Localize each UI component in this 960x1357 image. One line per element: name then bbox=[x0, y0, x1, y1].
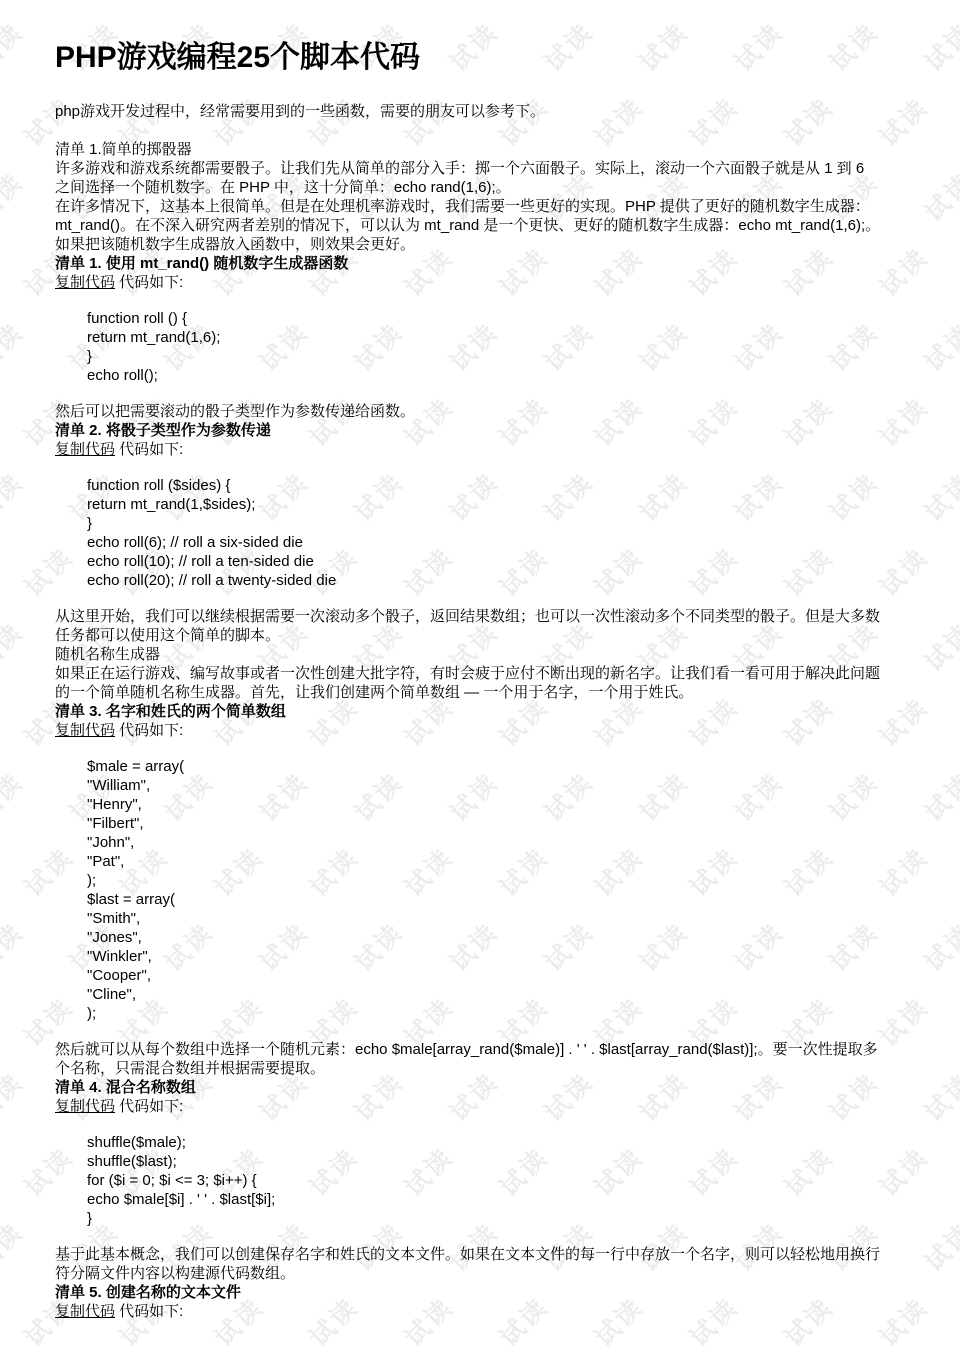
code-line: echo roll(); bbox=[87, 366, 905, 385]
listing-heading: 清单 5. 创建名称的文本文件 bbox=[55, 1283, 905, 1302]
article-body: php游戏开发过程中，经常需要用到的一些函数，需要的朋友可以参考下。清单 1.简… bbox=[55, 102, 905, 1321]
code-line: function roll () { bbox=[87, 309, 905, 328]
paragraph-line: 之间选择一个随机数字。在 PHP 中，这十分简单：echo rand(1,6);… bbox=[55, 178, 905, 197]
paragraph-line: 然后就可以从每个数组中选择一个随机元素：echo $male[array_ran… bbox=[55, 1040, 905, 1059]
code-line: shuffle($male); bbox=[87, 1133, 905, 1152]
copy-code-line: 复制代码 代码如下: bbox=[55, 440, 905, 459]
copy-code-line: 复制代码 代码如下: bbox=[55, 1302, 905, 1321]
code-block: function roll ($sides) {return mt_rand(1… bbox=[55, 476, 905, 590]
copy-code-caption: 代码如下: bbox=[115, 274, 183, 291]
paragraph-line: 任务都可以使用这个简单的脚本。 bbox=[55, 626, 905, 645]
listing-heading: 清单 3. 名字和姓氏的两个简单数组 bbox=[55, 702, 905, 721]
code-line: "John", bbox=[87, 833, 905, 852]
copy-code-line: 复制代码 代码如下: bbox=[55, 273, 905, 292]
code-line: } bbox=[87, 1209, 905, 1228]
code-line: "Cooper", bbox=[87, 966, 905, 985]
paragraph-line: 在许多情况下，这基本上很简单。但是在处理机率游戏时，我们需要一些更好的实现。PH… bbox=[55, 197, 905, 216]
listing-heading: 清单 4. 混合名称数组 bbox=[55, 1078, 905, 1097]
article-content: PHP游戏编程25个脚本代码 php游戏开发过程中，经常需要用到的一些函数，需要… bbox=[0, 0, 960, 1321]
paragraph-line: 随机名称生成器 bbox=[55, 645, 905, 664]
code-line: "Henry", bbox=[87, 795, 905, 814]
code-line: echo roll(6); // roll a six-sided die bbox=[87, 533, 905, 552]
paragraph: 从这里开始，我们可以继续根据需要一次滚动多个骰子，返回结果数组；也可以一次性滚动… bbox=[55, 607, 905, 740]
paragraph: 然后可以把需要滚动的骰子类型作为参数传递给函数。清单 2. 将骰子类型作为参数传… bbox=[55, 402, 905, 459]
copy-code-caption: 代码如下: bbox=[115, 1098, 183, 1115]
code-line: return mt_rand(1,$sides); bbox=[87, 495, 905, 514]
code-line: $last = array( bbox=[87, 890, 905, 909]
paragraph-line: 基于此基本概念，我们可以创建保存名字和姓氏的文本文件。如果在文本文件的每一行中存… bbox=[55, 1245, 905, 1264]
code-line: "Jones", bbox=[87, 928, 905, 947]
code-line: "Filbert", bbox=[87, 814, 905, 833]
code-line: return mt_rand(1,6); bbox=[87, 328, 905, 347]
copy-code-link[interactable]: 复制代码 bbox=[55, 441, 115, 458]
paragraph-line: 许多游戏和游戏系统都需要骰子。让我们先从简单的部分入手：掷一个六面骰子。实际上，… bbox=[55, 159, 905, 178]
code-line: function roll ($sides) { bbox=[87, 476, 905, 495]
code-line: "Cline", bbox=[87, 985, 905, 1004]
paragraph: 然后就可以从每个数组中选择一个随机元素：echo $male[array_ran… bbox=[55, 1040, 905, 1116]
code-line: ); bbox=[87, 871, 905, 890]
code-block: $male = array("William","Henry","Filbert… bbox=[55, 757, 905, 1023]
code-line: echo roll(20); // roll a twenty-sided di… bbox=[87, 571, 905, 590]
listing-heading: 清单 1. 使用 mt_rand() 随机数字生成器函数 bbox=[55, 254, 905, 273]
copy-code-link[interactable]: 复制代码 bbox=[55, 1098, 115, 1115]
copy-code-caption: 代码如下: bbox=[115, 441, 183, 458]
code-line: } bbox=[87, 514, 905, 533]
code-line: } bbox=[87, 347, 905, 366]
paragraph-line: 如果正在运行游戏、编写故事或者一次性创建大批字符，有时会疲于应付不断出现的新名字… bbox=[55, 664, 905, 683]
copy-code-caption: 代码如下: bbox=[115, 1303, 183, 1320]
paragraph: 基于此基本概念，我们可以创建保存名字和姓氏的文本文件。如果在文本文件的每一行中存… bbox=[55, 1245, 905, 1321]
paragraph-line: 然后可以把需要滚动的骰子类型作为参数传递给函数。 bbox=[55, 402, 905, 421]
code-line: ); bbox=[87, 1004, 905, 1023]
code-line: echo $male[$i] . ' ' . $last[$i]; bbox=[87, 1190, 905, 1209]
code-line: shuffle($last); bbox=[87, 1152, 905, 1171]
code-block: function roll () {return mt_rand(1,6);}e… bbox=[55, 309, 905, 385]
paragraph-line: 清单 1.简单的掷骰器 bbox=[55, 140, 905, 159]
copy-code-link[interactable]: 复制代码 bbox=[55, 274, 115, 291]
paragraph-line: php游戏开发过程中，经常需要用到的一些函数，需要的朋友可以参考下。 bbox=[55, 102, 905, 121]
code-line: for ($i = 0; $i <= 3; $i++) { bbox=[87, 1171, 905, 1190]
paragraph-line: 个名称，只需混合数组并根据需要提取。 bbox=[55, 1059, 905, 1078]
code-line: "Smith", bbox=[87, 909, 905, 928]
copy-code-link[interactable]: 复制代码 bbox=[55, 1303, 115, 1320]
paragraph-line: 从这里开始，我们可以继续根据需要一次滚动多个骰子，返回结果数组；也可以一次性滚动… bbox=[55, 607, 905, 626]
code-line: "Pat", bbox=[87, 852, 905, 871]
copy-code-line: 复制代码 代码如下: bbox=[55, 1097, 905, 1116]
paragraph-line: 符分隔文件内容以构建源代码数组。 bbox=[55, 1264, 905, 1283]
page-title: PHP游戏编程25个脚本代码 bbox=[55, 40, 905, 76]
code-line: "William", bbox=[87, 776, 905, 795]
code-line: $male = array( bbox=[87, 757, 905, 776]
paragraph-line: 的一个简单随机名称生成器。首先，让我们创建两个简单数组 — 一个用于名字，一个用… bbox=[55, 683, 905, 702]
code-line: echo roll(10); // roll a ten-sided die bbox=[87, 552, 905, 571]
paragraph: 清单 1.简单的掷骰器许多游戏和游戏系统都需要骰子。让我们先从简单的部分入手：掷… bbox=[55, 140, 905, 292]
document-page: 试读试读试读试读试读试读试读试读试读试读试读试读试读试读试读试读试读试读试读试读… bbox=[0, 0, 960, 1357]
paragraph-line: mt_rand()。在不深入研究两者差别的情况下，可以认为 mt_rand 是一… bbox=[55, 216, 905, 235]
copy-code-line: 复制代码 代码如下: bbox=[55, 721, 905, 740]
code-line: "Winkler", bbox=[87, 947, 905, 966]
copy-code-caption: 代码如下: bbox=[115, 722, 183, 739]
listing-heading: 清单 2. 将骰子类型作为参数传递 bbox=[55, 421, 905, 440]
code-block: shuffle($male);shuffle($last);for ($i = … bbox=[55, 1133, 905, 1228]
paragraph: php游戏开发过程中，经常需要用到的一些函数，需要的朋友可以参考下。 bbox=[55, 102, 905, 121]
paragraph-line: 如果把该随机数字生成器放入函数中，则效果会更好。 bbox=[55, 235, 905, 254]
copy-code-link[interactable]: 复制代码 bbox=[55, 722, 115, 739]
